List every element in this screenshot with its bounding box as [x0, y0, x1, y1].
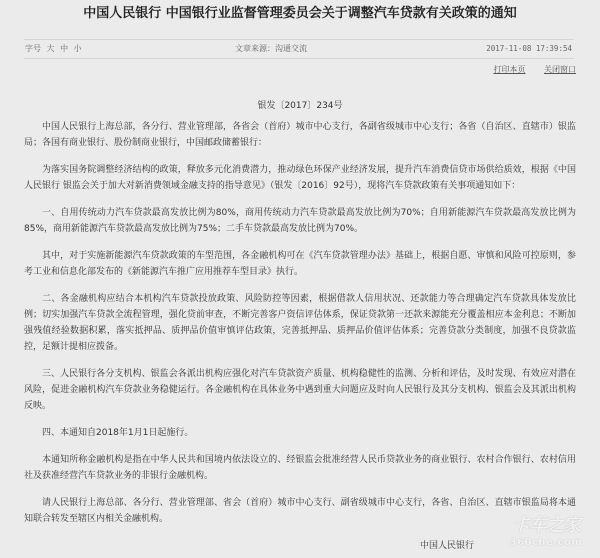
article-source: 文章来源：沟通交流 — [235, 40, 307, 58]
font-size-small-button[interactable]: 小 — [74, 44, 82, 53]
watermark-domain: 360che.com — [500, 537, 592, 549]
watermark-brand: 卡车之家 — [500, 515, 592, 537]
paragraph-forwarding: 请人民银行上海总部、各分行、营业管理部、省会（首府）城市中心支行、副省级城市中心… — [24, 495, 576, 527]
publish-datetime: 2017-11-08 17:39:54 — [486, 40, 572, 58]
paragraph-item-4: 四、本通知自2018年1月1日起施行。 — [24, 425, 576, 441]
document-body: 中国人民银行上海总部，各分行、营业管理部，各省会（首府）城市中心支行，各副省级城… — [24, 119, 576, 538]
paragraph-preamble: 为落实国务院调整经济结构的政策，释放多元化消费潜力，推动绿色环保产业经济发展，提… — [24, 162, 576, 194]
font-size-control: 字号 大 中 小 — [25, 40, 85, 58]
page-title: 中国人民银行 中国银行业监督管理委员会关于调整汽车贷款有关政策的通知 — [0, 6, 600, 22]
page-actions: 打印本页 关闭窗口 — [477, 64, 576, 76]
paragraph-item-1-note: 其中，对于实施新能源汽车贷款政策的车型范围，各金融机构可在《汽车贷款管理办法》基… — [24, 248, 576, 280]
signature: 中国人民银行 — [420, 538, 474, 551]
paragraph-definition: 本通知所称金融机构是指在中华人民共和国境内依法设立的、经银监会批准经营人民币贷款… — [24, 452, 576, 484]
meta-bar: 字号 大 中 小 文章来源：沟通交流 2017-11-08 17:39:54 — [24, 39, 574, 59]
font-size-large-button[interactable]: 大 — [47, 44, 55, 53]
paragraph-item-1: 一、自用传统动力汽车贷款最高发放比例为80%，商用传统动力汽车贷款最高发放比例为… — [24, 205, 576, 237]
paragraph-item-3: 三、人民银行各分支机构、银监会各派出机构应强化对汽车贷款资产质量、机构稳健性的监… — [24, 366, 576, 414]
print-page-link[interactable]: 打印本页 — [493, 65, 525, 74]
paragraph-item-2: 二、各金融机构应结合本机构汽车贷款投放政策、风险防控等因素，根据借款人信用状况、… — [24, 291, 576, 355]
paragraph-addressees: 中国人民银行上海总部，各分行、营业管理部，各省会（首府）城市中心支行，各副省级城… — [24, 119, 576, 151]
document-number: 银发〔2017〕234号 — [0, 98, 600, 111]
font-size-label: 字号 — [25, 44, 41, 53]
watermark-logo: 卡车之家 360che.com — [500, 515, 592, 549]
close-window-link[interactable]: 关闭窗口 — [544, 65, 576, 74]
font-size-medium-button[interactable]: 中 — [60, 44, 68, 53]
